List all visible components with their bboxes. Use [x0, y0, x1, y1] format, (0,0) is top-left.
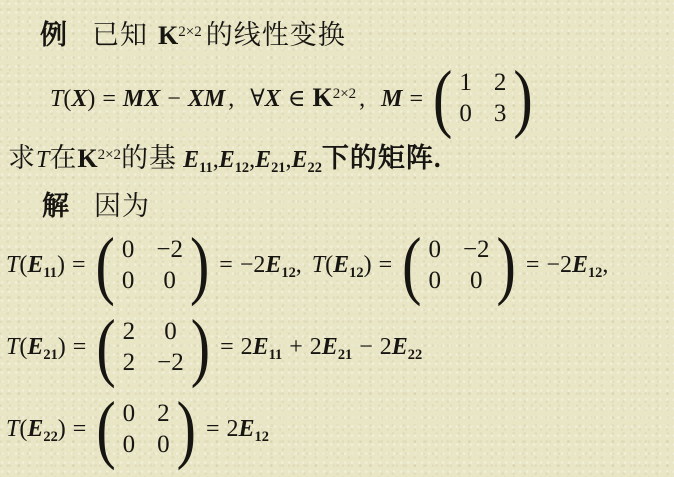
- matrix-cells: 20 2−2: [116, 318, 191, 377]
- operator-T: T: [312, 252, 325, 278]
- solution-label: 解: [42, 191, 70, 221]
- matrix-cell: −2: [157, 349, 184, 377]
- matrix-cell: 3: [494, 100, 507, 128]
- matrix-cell: 0: [428, 267, 441, 295]
- basis-sub: 22: [43, 429, 57, 445]
- basis-sub: 21: [43, 347, 57, 363]
- right-paren: ): [57, 252, 65, 278]
- given-text: 已知: [92, 20, 148, 50]
- equals-sign: =: [219, 252, 233, 278]
- task-line: 求T在K2×2的基E11,E12,E21,E22下的矩阵.: [8, 136, 442, 175]
- basis-sub: 22: [308, 160, 322, 176]
- comma: ,: [602, 252, 608, 278]
- matrix-cell: 0: [163, 267, 176, 295]
- matrix-M-cells: 12 03: [452, 69, 513, 128]
- linear-transform-text: 的线性变换: [206, 20, 346, 50]
- equation-row-1: T(E11)= ( 0−2 00 ) =−2E12, T(E12)= ( 0−2…: [6, 225, 608, 305]
- right-paren-big: ): [190, 232, 209, 297]
- equals-sign: =: [73, 416, 87, 442]
- basis-sub: 12: [349, 265, 363, 281]
- right-paren-big: ): [191, 314, 210, 379]
- operator-T: T: [6, 334, 19, 360]
- matrix-cell: 0: [428, 236, 441, 264]
- right-paren: ): [58, 416, 66, 442]
- coefficient: 2: [227, 416, 239, 442]
- left-paren-big: (: [96, 396, 115, 461]
- left-paren: (: [325, 252, 333, 278]
- matrix-cells: 0−2 00: [115, 236, 190, 295]
- comma: ,: [359, 86, 365, 112]
- example-label: 例: [40, 20, 68, 50]
- equals-sign: =: [410, 86, 424, 112]
- K-exponent: 2×2: [333, 86, 356, 102]
- equals-sign: =: [206, 416, 220, 442]
- equals-sign: =: [379, 252, 393, 278]
- basis-E-symbol: E: [572, 252, 588, 278]
- coefficient: −2: [240, 252, 266, 278]
- matrix-cell: −2: [463, 236, 490, 264]
- field-K-symbol: K: [77, 144, 97, 173]
- eq21-lhs: T(E21)=: [6, 334, 93, 361]
- matrix-cell: 0: [122, 236, 135, 264]
- element-of-symbol: ∈: [288, 86, 306, 112]
- matrix-TE12: ( 0−2 00 ): [402, 236, 516, 295]
- lecture-slide: 例 已知 K2×2 的线性变换 T(X)=MX−XM,∀X∈K2×2,M= ( …: [0, 0, 674, 477]
- right-paren: ): [364, 252, 372, 278]
- matrix-cell: 1: [459, 69, 472, 97]
- right-paren-big: ): [497, 232, 516, 297]
- field-K-symbol: K: [312, 83, 332, 112]
- matrix-cells: 02 00: [116, 400, 177, 459]
- K-exponent: 2×2: [178, 24, 201, 40]
- equals-sign: =: [72, 252, 86, 278]
- eq12-rhs: =−2E12,: [519, 252, 609, 279]
- operator-T: T: [50, 86, 63, 112]
- basis-E-symbol: E: [292, 147, 308, 173]
- equals-sign: =: [526, 252, 540, 278]
- matrix-TE21: ( 20 2−2 ): [96, 318, 210, 377]
- matrix-cell: 0: [123, 431, 136, 459]
- basis-sub: 21: [271, 160, 285, 176]
- find-text: 求: [8, 143, 36, 173]
- basis-sub: 11: [199, 160, 213, 176]
- basis-E-symbol: E: [253, 334, 269, 360]
- left-paren-big: (: [402, 232, 421, 297]
- eq12-lhs: T(E12)=: [312, 252, 399, 279]
- matrix-cells: 0−2 00: [421, 236, 496, 295]
- matrix-cell: 0: [123, 400, 136, 428]
- right-paren-big: ): [513, 65, 532, 130]
- right-paren: ): [87, 86, 95, 112]
- basis-sub: 22: [408, 347, 422, 363]
- matrix-of-text: 下的矩阵.: [322, 143, 442, 173]
- basis-E-symbol: E: [183, 147, 199, 173]
- matrix-TE11: ( 0−2 00 ): [96, 236, 210, 295]
- matrix-cell: 0: [157, 431, 170, 459]
- comma: ,: [228, 86, 234, 112]
- basis-E-symbol: E: [219, 147, 235, 173]
- field-K-symbol: K: [158, 21, 178, 50]
- matrix-cell: 0: [470, 267, 483, 295]
- matrix-M: ( 12 03 ): [433, 69, 533, 128]
- matrix-cell: 0: [164, 318, 177, 346]
- basis-E-symbol: E: [255, 147, 271, 173]
- operator-T: T: [6, 252, 19, 278]
- forall-symbol: ∀: [250, 86, 264, 112]
- problem-statement-line: 例 已知 K2×2 的线性变换: [40, 13, 346, 52]
- eq22-rhs: =2E12: [199, 416, 269, 443]
- solution-line: 解 因为: [42, 184, 150, 223]
- eq22-lhs: T(E22)=: [6, 416, 93, 443]
- left-paren-big: (: [96, 314, 115, 379]
- term-XM: XM: [188, 86, 225, 112]
- because-text: 因为: [94, 191, 150, 221]
- basis-E-symbol: E: [322, 334, 338, 360]
- var-X: X: [265, 86, 281, 112]
- basis-sub: 12: [235, 160, 249, 176]
- equals-sign: =: [102, 86, 116, 112]
- coefficient: 2: [380, 334, 392, 360]
- matrix-cell: 0: [459, 100, 472, 128]
- basis-sub: 12: [281, 265, 295, 281]
- basis-E-symbol: E: [27, 416, 43, 442]
- matrix-cell: 2: [123, 349, 136, 377]
- basis-E-symbol: E: [392, 334, 408, 360]
- matrix-cell: 2: [123, 318, 136, 346]
- matrix-cell: 2: [494, 69, 507, 97]
- matrix-cell: 0: [122, 267, 135, 295]
- basis-E-symbol: E: [27, 252, 43, 278]
- matrix-M-symbol: M: [381, 86, 402, 112]
- basis-sub: 11: [269, 347, 283, 363]
- basis-E-symbol: E: [27, 334, 43, 360]
- transform-definition-equation: T(X)=MX−XM,∀X∈K2×2,M= ( 12 03 ): [50, 56, 536, 140]
- matrix-TE22: ( 02 00 ): [96, 400, 196, 459]
- matrix-cell: −2: [156, 236, 183, 264]
- right-paren: ): [58, 334, 66, 360]
- K-exponent: 2×2: [98, 147, 121, 163]
- operator-T: T: [6, 416, 19, 442]
- equals-sign: =: [73, 334, 87, 360]
- minus-sign: −: [359, 334, 373, 360]
- coefficient: 2: [241, 334, 253, 360]
- in-text: 在: [49, 143, 77, 173]
- eq11-lhs: T(E11)=: [6, 252, 93, 279]
- basis-sub: 21: [338, 347, 352, 363]
- basis-E-symbol: E: [333, 252, 349, 278]
- left-paren-big: (: [96, 232, 115, 297]
- eq11-rhs: =−2E12,: [212, 252, 302, 279]
- basis-sub: 12: [255, 429, 269, 445]
- comma: ,: [296, 252, 302, 278]
- right-paren-big: ): [177, 396, 196, 461]
- matrix-cell: 2: [157, 400, 170, 428]
- equation-row-2: T(E21)= ( 20 2−2 ) =2E11+2E21−2E22: [6, 305, 422, 389]
- equation-row-3: T(E22)= ( 02 00 ) =2E12: [6, 389, 269, 469]
- minus-sign: −: [167, 86, 181, 112]
- basis-sub: 11: [43, 265, 57, 281]
- basis-text: 的基: [121, 143, 177, 173]
- term-MX: MX: [123, 86, 160, 112]
- var-X: X: [71, 86, 87, 112]
- eq21-rhs: =2E11+2E21−2E22: [213, 334, 422, 361]
- plus-sign: +: [289, 334, 303, 360]
- operator-T: T: [36, 147, 49, 173]
- basis-E-symbol: E: [239, 416, 255, 442]
- basis-E-symbol: E: [265, 252, 281, 278]
- coefficient: −2: [546, 252, 572, 278]
- equals-sign: =: [220, 334, 234, 360]
- left-paren-big: (: [433, 65, 452, 130]
- basis-sub: 12: [588, 265, 602, 281]
- definition-lhs: T(X)=MX−XM,∀X∈K2×2,M=: [50, 83, 430, 113]
- coefficient: 2: [310, 334, 322, 360]
